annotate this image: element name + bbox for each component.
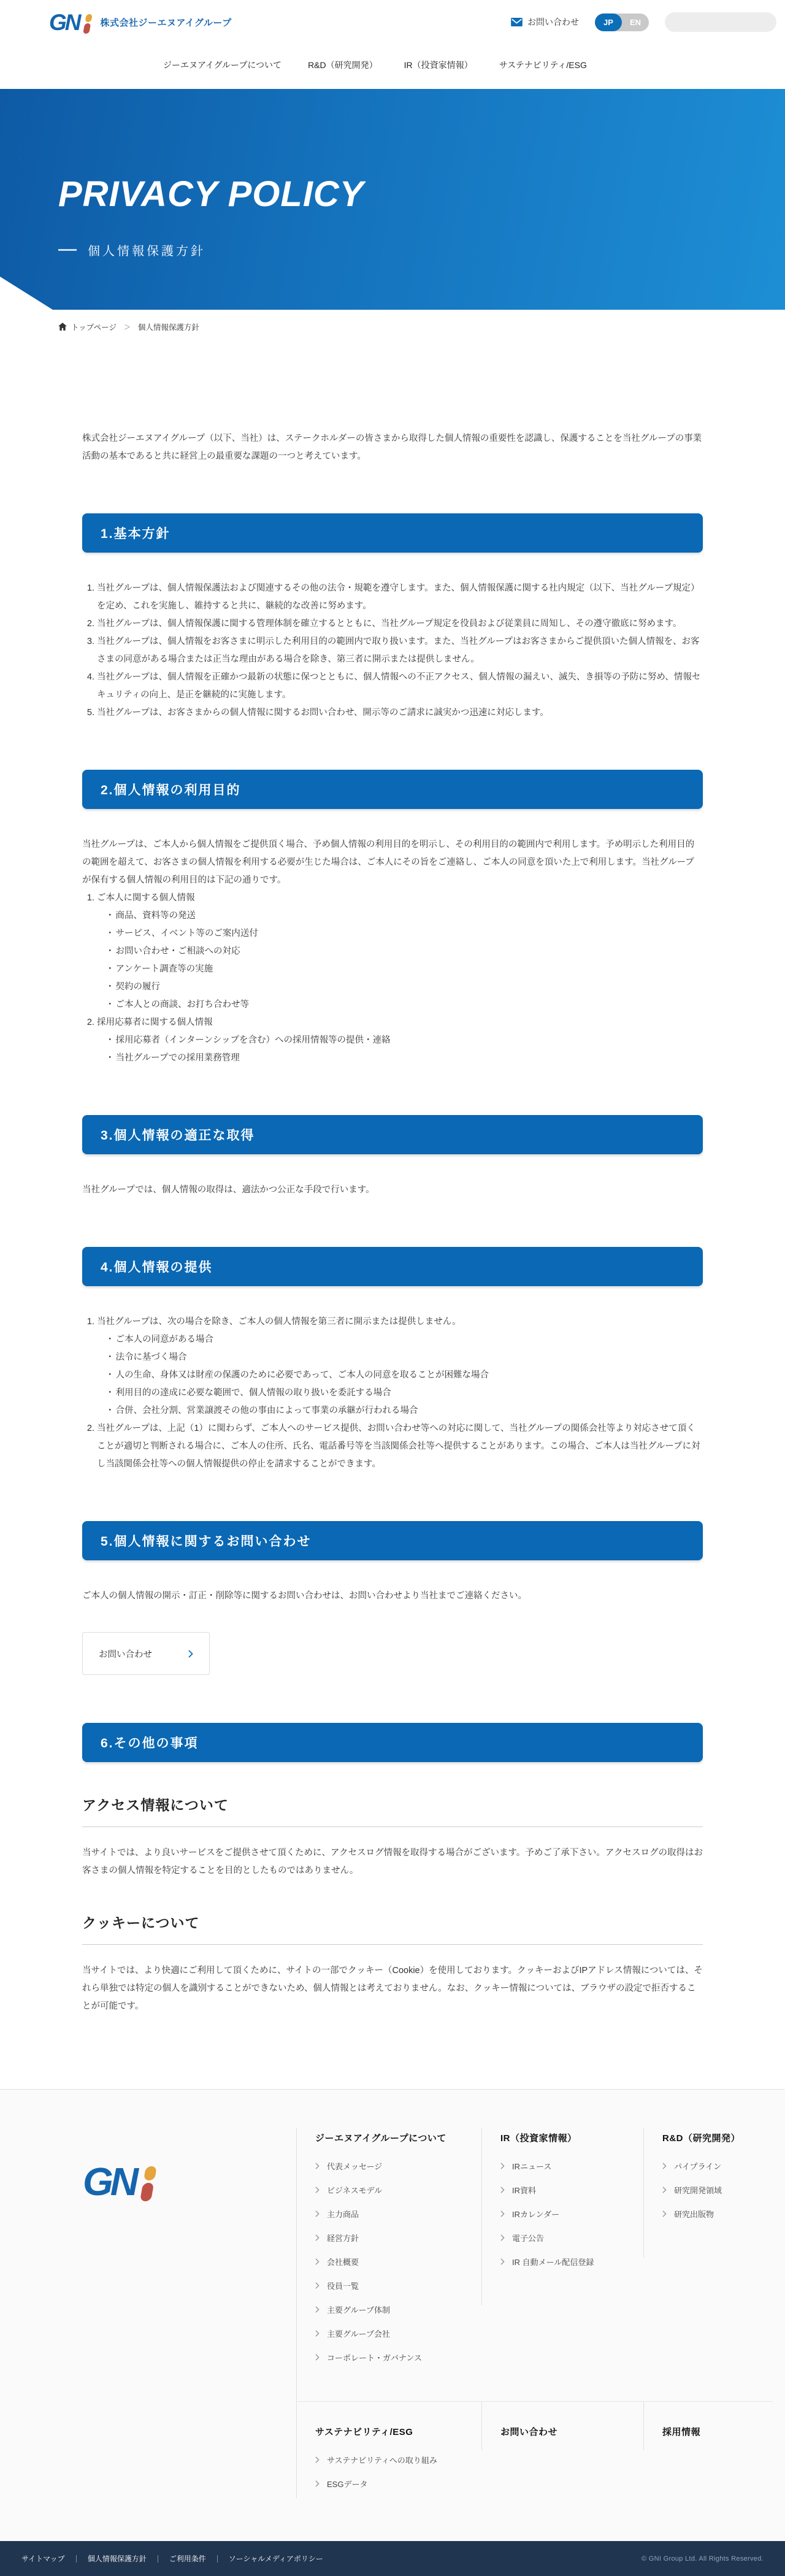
copyright: © GNI Group Ltd. All Rights Reserved. [641,2555,764,2563]
footer-grid: GN ジーエヌアイグループについて 代表メッセージ ビジネスモデル 主力商品 経… [83,2128,764,2498]
page: GN 株式会社ジーエヌアイグループ お問い合わせ JP EN [0,0,785,2576]
chevron-right-icon [500,2187,505,2193]
section-title-usage-purpose: 2.個人情報の利用目的 [82,770,703,809]
footer-logo-text: GN [83,2162,136,2201]
group-label: ご本人に関する個人情報 [97,893,195,903]
list-item: ご本人に関する個人情報 商品、資料等の発送 サービス、イベント等のご案内送付 お… [97,889,703,1014]
footer-column-title: ジーエヌアイグループについて [315,2131,472,2144]
chevron-right-icon [188,1650,193,1658]
list-item: 人の生命、身体又は財産の保護のために必要であって、ご本人の同意を取ることが困難な… [105,1367,703,1384]
section-title-proper-acquisition: 3.個人情報の適正な取得 [82,1115,703,1154]
list-item: アンケート調査等の実施 [105,960,703,978]
chevron-right-icon [315,2163,320,2169]
gni-logo-text: GN [49,11,80,34]
list-item: ご本人との商談、お打ち合わせ等 [105,996,703,1014]
footer-link[interactable]: 主力商品 [315,2202,472,2226]
footer-link[interactable]: 経営方針 [315,2226,472,2250]
list-item: 当社グループは、個人情報保護法および関連するその他の法令・規範を遵守します。また… [97,580,703,615]
chevron-right-icon [315,2187,320,2193]
bottom-link-social-policy[interactable]: ソーシャルメディアポリシー [218,2553,334,2564]
footer-link[interactable]: 主要グループ体制 [315,2298,472,2321]
chevron-right-icon [315,2456,320,2463]
main-content: 株式会社ジーエヌアイグループ（以下、当社）は、ステークホルダーの皆さまから取得し… [82,430,703,2089]
footer-column-title: 採用情報 [662,2425,763,2438]
page-title: PRIVACY POLICY [58,175,785,214]
footer-link[interactable]: 代表メッセージ [315,2154,472,2178]
footer-link-label: 経営方針 [327,2232,359,2244]
chevron-right-icon [662,2210,667,2217]
footer-link-label: 代表メッセージ [327,2160,382,2172]
nav-item-about[interactable]: ジーエヌアイグループについて [163,59,281,73]
footer-link[interactable]: パイプライン [662,2154,763,2178]
language-toggle: JP EN [595,13,649,31]
footer-link-label: 電子公告 [512,2232,544,2244]
footer-link[interactable]: サステナビリティへの取り組み [315,2448,472,2472]
list-item: 当社グループは、個人情報を正確かつ最新の状態に保つとともに、個人情報への不正アク… [97,669,703,704]
list-item: サービス、イベント等のご案内送付 [105,925,703,943]
footer-link[interactable]: IR資料 [500,2178,634,2202]
footer-logo-glyph: GN [83,2162,296,2201]
bottom-bar: サイトマップ 個人情報保護方針 ご利用条件 ソーシャルメディアポリシー © GN… [0,2541,785,2576]
list-item: 採用応募者に関する個人情報 採用応募者（インターンシップを含む）への採用情報等の… [97,1014,703,1067]
main-nav: ジーエヌアイグループについて R&D（研究開発） IR（投資家情報） サステナビ… [0,39,785,89]
footer-link-label: 主要グループ会社 [327,2328,390,2339]
section-title-inquiries: 5.個人情報に関するお問い合わせ [82,1521,703,1560]
bottom-links: サイトマップ 個人情報保護方針 ご利用条件 ソーシャルメディアポリシー [21,2553,334,2564]
access-log-heading: アクセス情報について [82,1794,703,1827]
footer-column-rd: R&D（研究開発） パイプライン 研究開発領域 研究出版物 [643,2128,773,2258]
hero-banner: PRIVACY POLICY 個人情報保護方針 [0,89,785,310]
footer-column-contact[interactable]: お問い合わせ [481,2401,643,2450]
list-item: 法令に基づく場合 [105,1349,703,1367]
nav-item-ir[interactable]: IR（投資家情報） [404,59,473,73]
footer-link-label: ESGデータ [327,2478,367,2490]
section-body-other: アクセス情報について 当サイトでは、より良いサービスをご提供させて頂くために、ア… [82,1794,703,2015]
site-footer: GN ジーエヌアイグループについて 代表メッセージ ビジネスモデル 主力商品 経… [0,2089,785,2541]
footer-link[interactable]: 電子公告 [500,2226,634,2250]
breadcrumb-separator: ＞ [124,322,131,332]
gni-logo-i-dots-icon [83,14,93,34]
footer-link-label: ビジネスモデル [327,2184,382,2196]
company-name: 株式会社ジーエヌアイグループ [101,16,232,29]
footer-link[interactable]: 研究開発領域 [662,2178,763,2202]
bottom-link-privacy[interactable]: 個人情報保護方針 [77,2553,158,2564]
hero-corner-wedge [0,277,53,310]
chevron-right-icon [662,2187,667,2193]
section-body-proper-acquisition: 当社グループでは、個人情報の取得は、適法かつ公正な手段で行います。 [82,1181,703,1199]
gni-logo[interactable]: GN 株式会社ジーエヌアイグループ [49,11,232,34]
chevron-right-icon [500,2163,505,2169]
footer-link[interactable]: IRニュース [500,2154,634,2178]
search-box [665,12,776,32]
list-item: 合併、会社分割、営業譲渡その他の事由によって事業の承継が行われる場合 [105,1402,703,1420]
footer-column-recruit[interactable]: 採用情報 [643,2401,773,2450]
list-item: お問い合わせ・ご相談への対応 [105,943,703,960]
chevron-right-icon [315,2258,320,2265]
section-body-provision: 当社グループは、次の場合を除き、ご本人の個人情報を第三者に開示または提供しません… [82,1313,703,1473]
list-item: 当社グループは、個人情報保護に関する管理体制を確立するとともに、当社グループ規定… [97,615,703,633]
footer-column-ir: IR（投資家情報） IRニュース IR資料 IRカレンダー 電子公告 IR 自動… [481,2128,643,2306]
footer-column-about: ジーエヌアイグループについて 代表メッセージ ビジネスモデル 主力商品 経営方針… [296,2128,481,2401]
footer-link[interactable]: ESGデータ [315,2472,472,2496]
chevron-right-icon [315,2210,320,2217]
cookie-heading: クッキーについて [82,1912,703,1945]
list-item: 利用目的の達成に必要な範囲で、個人情報の取り扱いを委託する場合 [105,1384,703,1402]
section-body-usage-purpose: 当社グループは、ご本人から個人情報をご提供頂く場合、予め個人情報の利用目的を明示… [82,836,703,1067]
chevron-right-icon [315,2282,320,2289]
chevron-right-icon [500,2234,505,2241]
home-icon [58,323,67,331]
footer-link[interactable]: ビジネスモデル [315,2178,472,2202]
nav-item-sustainability[interactable]: サステナビリティ/ESG [499,59,587,73]
footer-link-label: 主力商品 [327,2208,359,2220]
site-header: GN 株式会社ジーエヌアイグループ お問い合わせ JP EN [0,0,785,39]
footer-link-label: 研究開発領域 [674,2184,722,2196]
breadcrumb-home-label: トップページ [71,321,117,332]
intro-paragraph: 株式会社ジーエヌアイグループ（以下、当社）は、ステークホルダーの皆さまから取得し… [82,430,703,466]
envelope-icon [511,18,523,26]
list-item: 当社グループは、個人情報をお客さまに明示した利用目的の範囲内で取り扱います。また… [97,633,703,669]
list-item: 商品、資料等の発送 [105,907,703,925]
footer-link-label: 会社概要 [327,2256,359,2267]
section-body-basic-policy: 当社グループは、個人情報保護法および関連するその他の法令・規範を遵守します。また… [82,580,703,722]
footer-logo[interactable]: GN [83,2128,296,2201]
header-contact-link[interactable]: お問い合わせ [511,16,579,28]
footer-link[interactable]: 会社概要 [315,2250,472,2274]
bottom-link-terms[interactable]: ご利用条件 [158,2553,217,2564]
section-title-basic-policy: 1.基本方針 [82,513,703,553]
page-subtitle: 個人情報保護方針 [88,241,205,259]
footer-link-label: IR資料 [512,2184,536,2196]
footer-link-label: パイプライン [674,2160,721,2172]
header-right: お問い合わせ JP EN [511,12,776,32]
footer-link-label: IRニュース [512,2160,551,2172]
bottom-link-sitemap[interactable]: サイトマップ [21,2553,76,2564]
footer-link-label: 役員一覧 [327,2280,359,2291]
chevron-right-icon [500,2210,505,2217]
footer-link-label: サステナビリティへの取り組み [327,2454,437,2466]
footer-column-title: サステナビリティ/ESG [315,2425,472,2438]
footer-column-title: IR（投資家情報） [500,2131,634,2144]
chevron-right-icon [315,2306,320,2313]
footer-link[interactable]: コーポレート・ガバナンス [315,2345,472,2369]
footer-column-title: R&D（研究開発） [662,2131,763,2144]
group-label: 採用応募者に関する個人情報 [97,1018,213,1027]
access-log-text: 当サイトでは、より良いサービスをご提供させて頂くために、アクセスログ情報を取得す… [82,1844,703,1880]
provision-item1: 当社グループは、次の場合を除き、ご本人の個人情報を第三者に開示または提供しません… [97,1317,461,1327]
proper-acquisition-text: 当社グループでは、個人情報の取得は、適法かつ公正な手段で行います。 [82,1181,703,1199]
footer-column-sustainability: サステナビリティ/ESG サステナビリティへの取り組み ESGデータ [296,2401,481,2498]
list-item: 当社グループは、上記（1）に関わらず、ご本人へのサービス提供、お問い合わせ等への… [97,1420,703,1473]
list-item: 当社グループでの採用業務管理 [105,1049,703,1067]
footer-link[interactable]: IR 自動メール配信登録 [500,2250,634,2274]
lang-jp-button[interactable]: JP [595,13,622,31]
inquiries-text: ご本人の個人情報の開示・訂正・削除等に関するお問い合わせは、お問い合わせより当社… [82,1587,703,1605]
footer-link[interactable]: IRカレンダー [500,2202,634,2226]
hero-dash [58,249,77,251]
chevron-right-icon [315,2330,320,2337]
nav-item-rd[interactable]: R&D（研究開発） [308,59,378,73]
section-title-provision: 4.個人情報の提供 [82,1247,703,1286]
chevron-right-icon [315,2354,320,2361]
hero-subtitle-row: 個人情報保護方針 [58,241,785,259]
breadcrumb: トップページ ＞ 個人情報保護方針 [0,310,785,344]
usage-purpose-lead: 当社グループは、ご本人から個人情報をご提供頂く場合、予め個人情報の利用目的を明示… [82,836,703,889]
footer-logo-i-dots-icon [140,2166,157,2201]
lang-en-button[interactable]: EN [622,13,649,31]
footer-link-label: コーポレート・ガバナンス [327,2352,422,2363]
footer-link[interactable]: 研究出版物 [662,2202,763,2226]
footer-column-title: お問い合わせ [500,2425,634,2438]
chevron-right-icon [315,2480,320,2487]
contact-button[interactable]: お問い合わせ [82,1632,210,1675]
chevron-right-icon [662,2163,667,2169]
contact-button-label: お問い合わせ [99,1647,152,1660]
gni-logo-glyph: GN [49,11,91,34]
footer-link-label: 研究出版物 [674,2208,714,2220]
list-item: 契約の履行 [105,978,703,996]
cookie-text: 当サイトでは、より快適にご利用して頂くために、サイトの一部でクッキー（Cooki… [82,1962,703,2015]
footer-link-label: 主要グループ体制 [327,2304,390,2315]
list-item: ご本人の同意がある場合 [105,1331,703,1349]
section-title-other: 6.その他の事項 [82,1723,703,1762]
breadcrumb-current: 個人情報保護方針 [138,321,199,332]
chevron-right-icon [315,2234,320,2241]
footer-link[interactable]: 役員一覧 [315,2274,472,2298]
footer-link-label: IR 自動メール配信登録 [512,2256,594,2267]
breadcrumb-home-link[interactable]: トップページ [58,321,117,332]
footer-link[interactable]: 主要グループ会社 [315,2321,472,2345]
search-input[interactable] [665,18,776,27]
header-contact-label: お問い合わせ [527,16,579,28]
chevron-right-icon [500,2258,505,2265]
footer-link-label: IRカレンダー [512,2208,559,2220]
list-item: 採用応募者（インターンシップを含む）への採用情報等の提供・連絡 [105,1032,703,1049]
list-item: 当社グループは、次の場合を除き、ご本人の個人情報を第三者に開示または提供しません… [97,1313,703,1420]
list-item: 当社グループは、お客さまからの個人情報に関するお問い合わせ、開示等のご請求に誠実… [97,704,703,722]
section-body-inquiries: ご本人の個人情報の開示・訂正・削除等に関するお問い合わせは、お問い合わせより当社… [82,1587,703,1675]
